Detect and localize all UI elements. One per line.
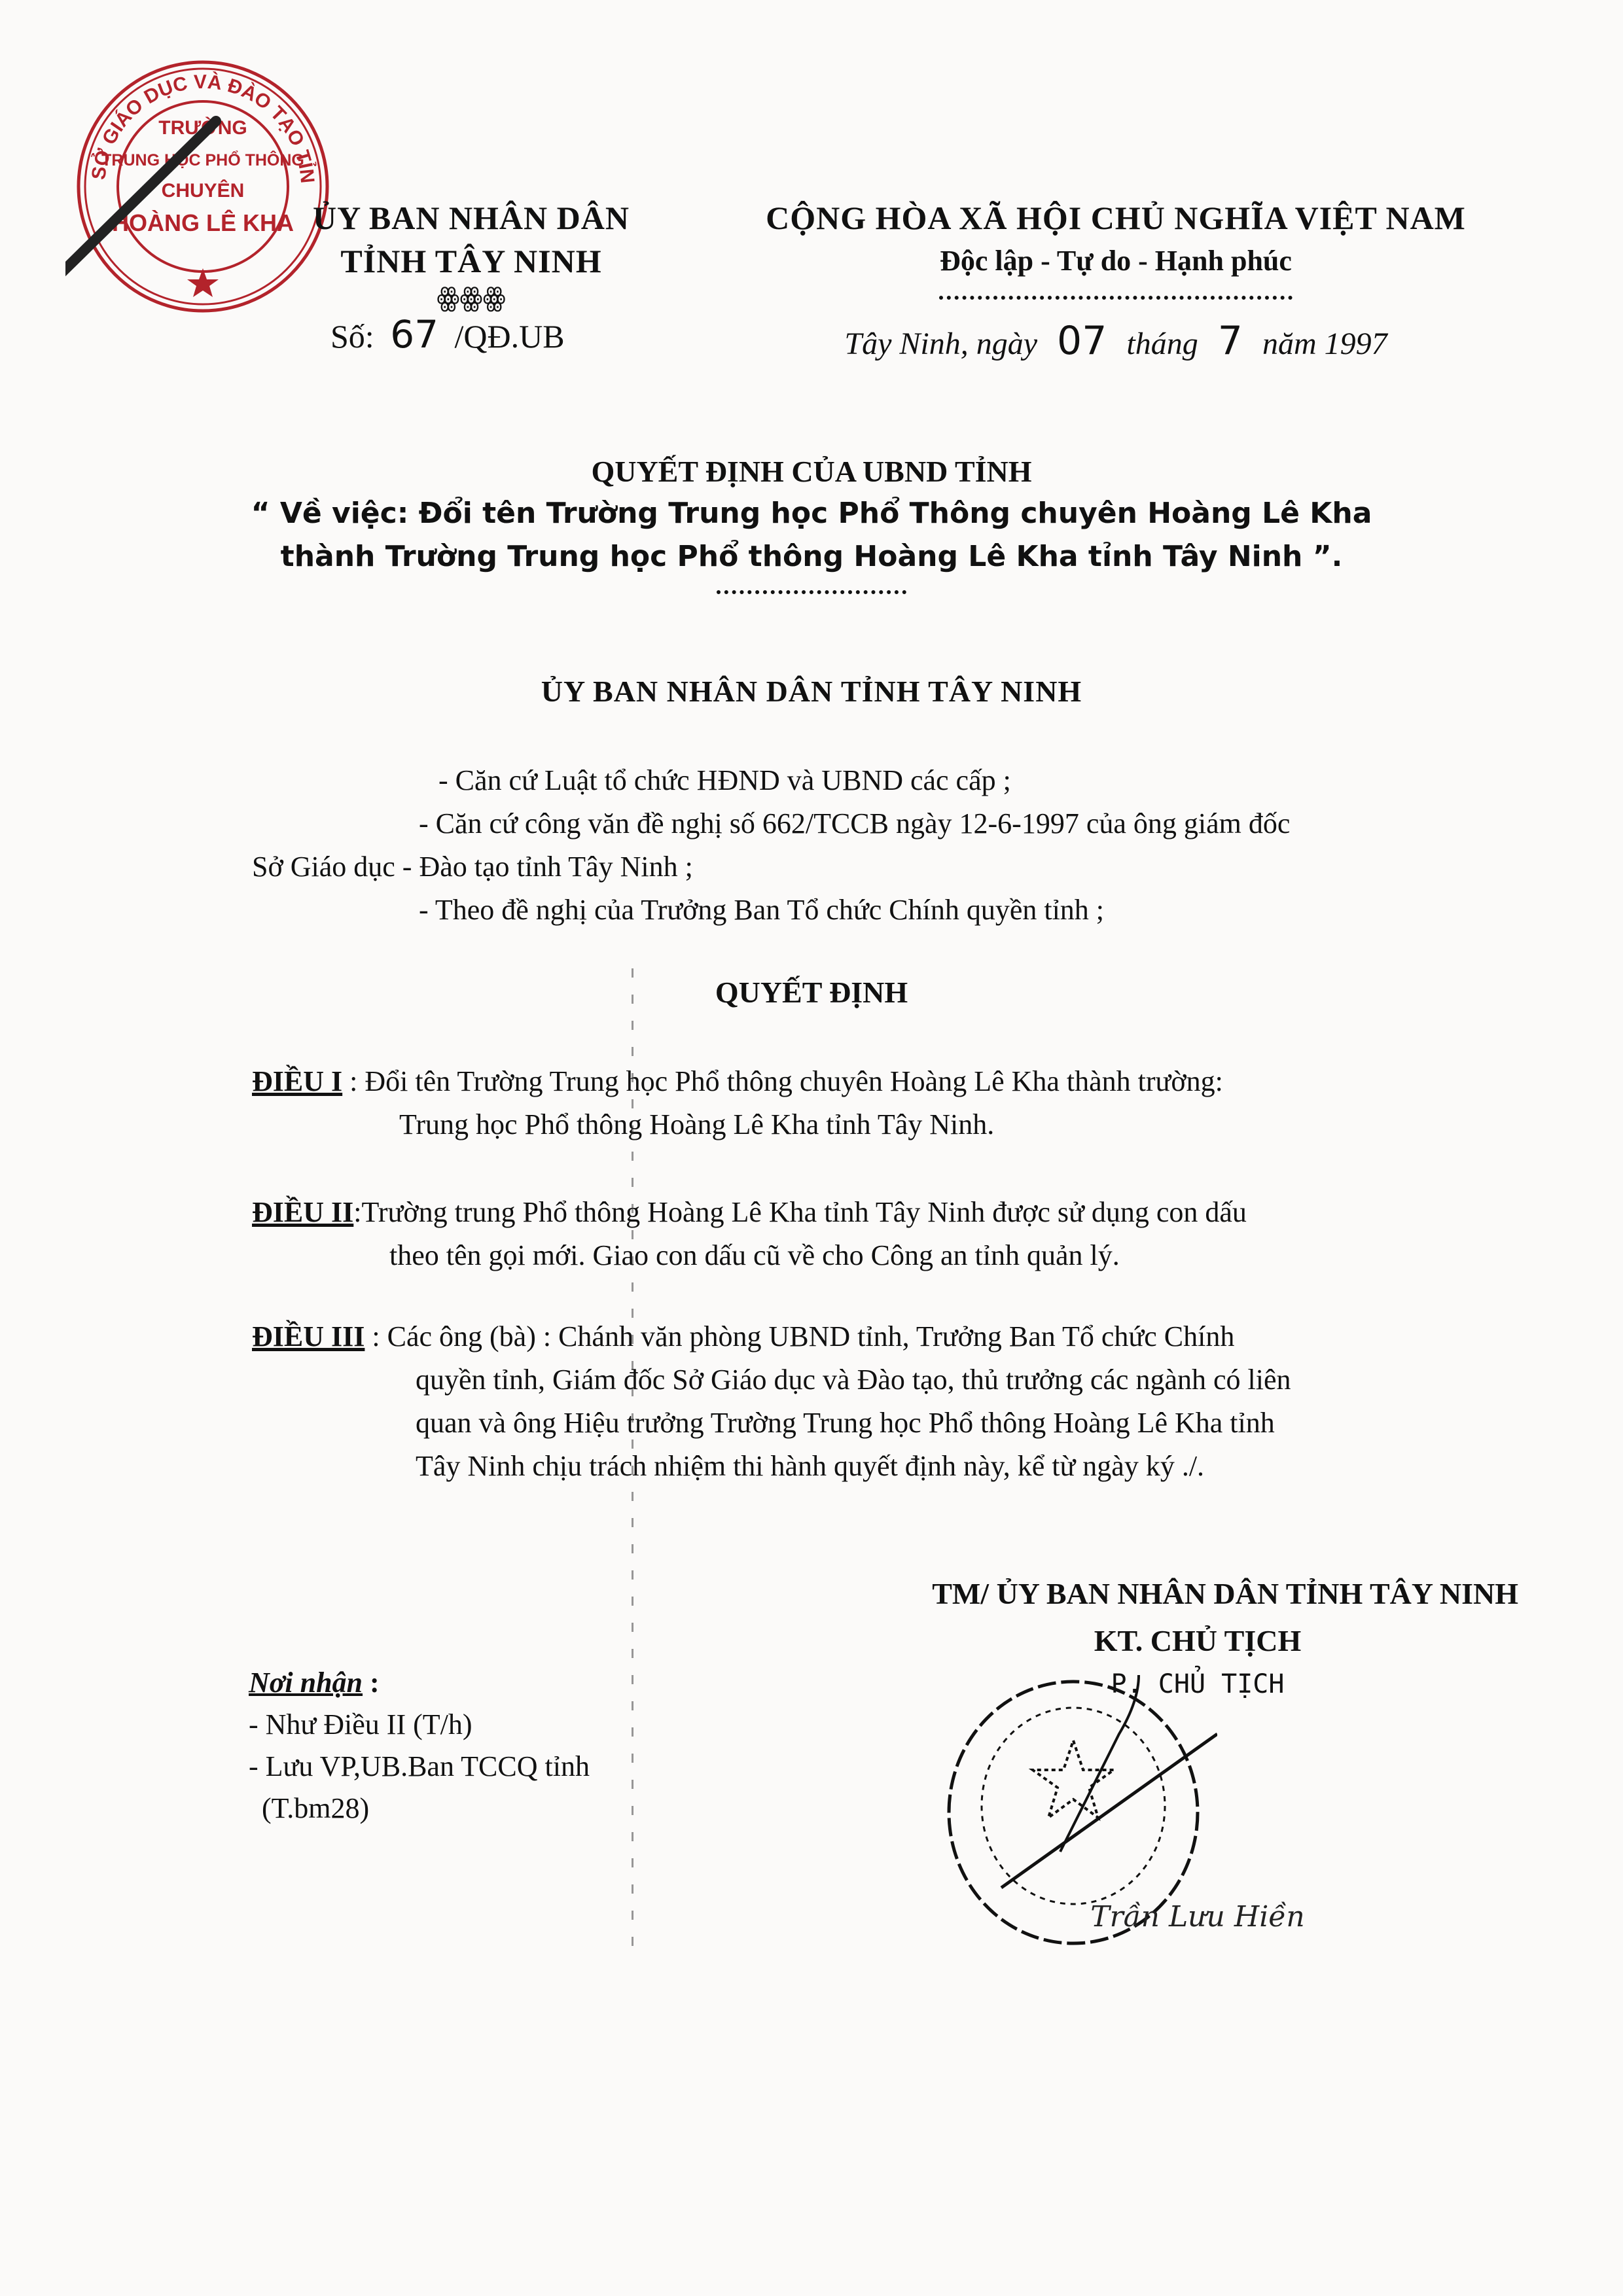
svg-text:TRUNG HỌC PHỔ THÔNG: TRUNG HỌC PHỔ THÔNG bbox=[101, 150, 304, 169]
country-name: CỘNG HÒA XÃ HỘI CHỦ NGHĨA VIỆT NAM bbox=[746, 196, 1486, 239]
svg-text:CHUYÊN: CHUYÊN bbox=[162, 179, 245, 202]
decision-heading: QUYẾT ĐỊNH bbox=[249, 975, 1374, 1010]
article-label: ĐIỀU III bbox=[252, 1320, 365, 1352]
ornament-divider: ꙮꙮꙮ bbox=[288, 283, 654, 313]
article-3: ĐIỀU III : Các ông (bà) : Chánh văn phòn… bbox=[252, 1315, 1476, 1488]
svg-text:HOÀNG LÊ KHA: HOÀNG LÊ KHA bbox=[112, 209, 294, 236]
legal-basis-3: - Theo đề nghị của Trưởng Ban Tổ chức Ch… bbox=[419, 889, 1104, 932]
authority-heading: ỦY BAN NHÂN DÂN TỈNH TÂY NINH bbox=[249, 674, 1374, 709]
authority-line-1: ỦY BAN NHÂN DÂN bbox=[288, 196, 654, 239]
recipient-item: - Lưu VP,UB.Ban TCCQ tỉnh bbox=[249, 1746, 590, 1788]
article-label: ĐIỀU II bbox=[252, 1196, 353, 1228]
signer-name: Trần Lưu Hiền bbox=[851, 1900, 1518, 1934]
recipients-heading: Nơi nhận bbox=[249, 1667, 363, 1699]
authority-line-2: TỈNH TÂY NINH bbox=[288, 239, 654, 283]
handwritten-day: 07 bbox=[1057, 318, 1107, 364]
recipients: Nơi nhận : - Như Điều II (T/h) - Lưu VP,… bbox=[249, 1662, 590, 1829]
issue-date: Tây Ninh, ngày 07 tháng 7 năm 1997 bbox=[746, 319, 1486, 366]
legal-basis-2-cont: Sở Giáo dục - Đào tạo tỉnh Tây Ninh ; bbox=[252, 845, 693, 889]
motto: Độc lập - Tự do - Hạnh phúc bbox=[746, 239, 1486, 283]
signature-role-2: P. CHỦ TỊCH bbox=[851, 1665, 1518, 1704]
divider bbox=[717, 590, 906, 594]
title-heading: QUYẾT ĐỊNH CỦA UBND TỈNH bbox=[249, 451, 1374, 492]
divider bbox=[939, 296, 1293, 300]
handwritten-month: 7 bbox=[1218, 318, 1243, 364]
article-label: ĐIỀU I bbox=[252, 1065, 342, 1097]
legal-basis-2: - Căn cứ công văn đề nghị số 662/TCCB ng… bbox=[419, 802, 1290, 845]
article-1: ĐIỀU I : Đổi tên Trường Trung học Phổ th… bbox=[252, 1060, 1476, 1146]
handwritten-number: 67 bbox=[390, 312, 438, 357]
issuing-authority-header: ỦY BAN NHÂN DÂN TỈNH TÂY NINH ꙮꙮꙮ Số: 67… bbox=[288, 196, 654, 358]
subject-line-1: “ Về việc: Đổi tên Trường Trung học Phổ … bbox=[249, 492, 1374, 535]
fold-line bbox=[632, 968, 633, 1950]
legal-basis-1: - Căn cứ Luật tổ chức HĐND và UBND các c… bbox=[438, 759, 1011, 802]
signature-block: TM/ ỦY BAN NHÂN DÂN TỈNH TÂY NINH KT. CH… bbox=[851, 1570, 1518, 1934]
document-number: Số: 67 /QĐ.UB bbox=[288, 313, 654, 358]
article-2: ĐIỀU II:Trường trung Phổ thông Hoàng Lê … bbox=[252, 1191, 1476, 1277]
decision-title: QUYẾT ĐỊNH CỦA UBND TỈNH “ Về việc: Đổi … bbox=[249, 451, 1374, 594]
subject-line-2: thành Trường Trung học Phổ thông Hoàng L… bbox=[249, 535, 1374, 578]
national-motto-header: CỘNG HÒA XÃ HỘI CHỦ NGHĨA VIỆT NAM Độc l… bbox=[746, 196, 1486, 366]
recipient-item: - Như Điều II (T/h) bbox=[249, 1704, 590, 1746]
recipient-item: (T.bm28) bbox=[249, 1788, 590, 1829]
signature-role-1: KT. CHỦ TỊCH bbox=[851, 1617, 1518, 1665]
signature-on-behalf: TM/ ỦY BAN NHÂN DÂN TỈNH TÂY NINH bbox=[851, 1570, 1518, 1617]
